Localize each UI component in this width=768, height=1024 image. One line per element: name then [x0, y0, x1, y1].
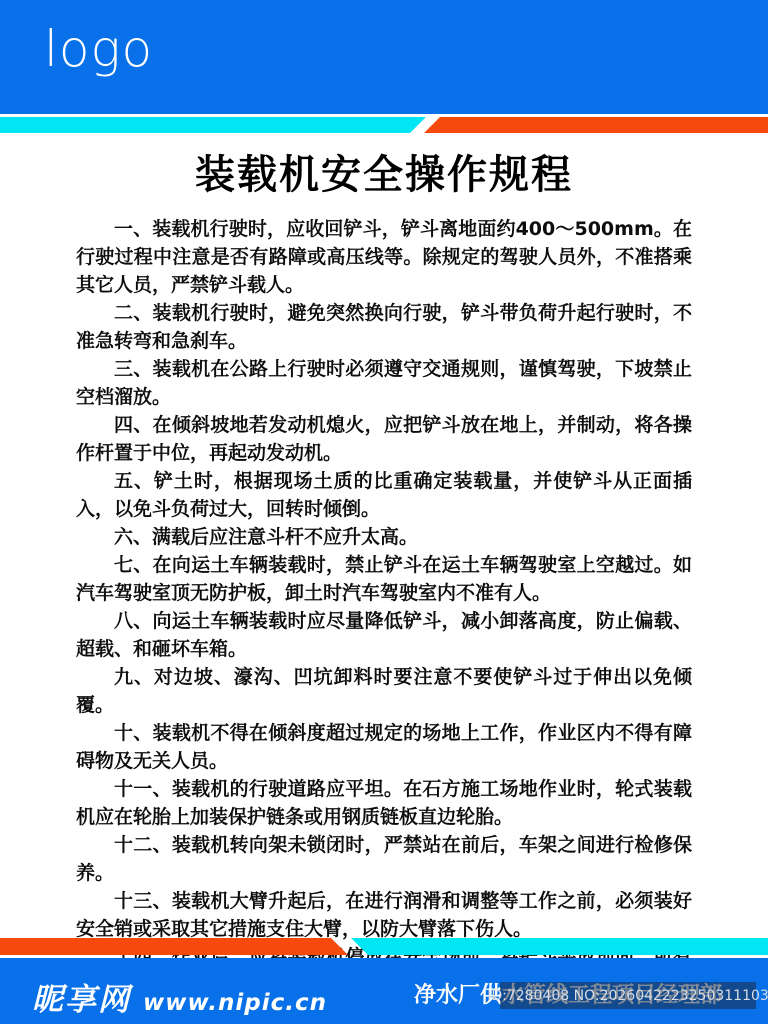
header-bar: logo — [0, 0, 768, 114]
watermark-id-text: ID:7280408 NO:2026042223250311103 — [487, 988, 768, 1004]
logo-text: logo — [44, 22, 153, 77]
procedure-paragraph: 一、装载机行驶时，应收回铲斗，铲斗离地面约400～500mm。在行驶过程中注意是… — [76, 215, 692, 299]
procedure-paragraph: 六、满载后应注意斗杆不应升太高。 — [76, 523, 692, 551]
footer-bar: 昵享网 www.nipic.cn 净水厂供水管线工程项目经理部 ID:72804… — [0, 958, 768, 1024]
procedure-paragraph: 十三、装载机大臂升起后，在进行润滑和调整等工作之前，必须装好安全销或采取其它措施… — [76, 887, 692, 943]
site-logo-group: 昵享网 www.nipic.cn — [32, 974, 327, 1019]
bottom-stripe-band — [0, 938, 768, 955]
procedure-paragraph: 三、装载机在公路上行驶时必须遵守交通规则，谨慎驾驶，下坡禁止空档溜放。 — [76, 355, 692, 411]
watermark-overlay: ID:7280408 NO:2026042223250311103 — [500, 982, 756, 1009]
procedure-paragraph: 十二、装载机转向架未锁闭时，严禁站在前后，车架之间进行检修保养。 — [76, 831, 692, 887]
top-stripe-band — [0, 117, 768, 133]
procedure-paragraph: 七、在向运土车辆装载时，禁止铲斗在运土车辆驾驶室上空越过。如汽车驾驶室顶无防护板… — [76, 551, 692, 607]
procedure-paragraph: 十、装载机不得在倾斜度超过规定的场地上工作，作业区内不得有障碍物及无关人员。 — [76, 719, 692, 775]
document-content: 装载机安全操作规程 一、装载机行驶时，应收回铲斗，铲斗离地面约400～500mm… — [0, 133, 768, 999]
site-url-text: www.nipic.cn — [143, 990, 327, 1016]
procedure-paragraph: 八、向运土车辆装载时应尽量降低铲斗，减小卸落高度，防止偏载、超载、和砸坏车箱。 — [76, 607, 692, 663]
site-name-logo: 昵享网 — [32, 974, 131, 1019]
procedure-paragraph: 十一、装载机的行驶道路应平坦。在石方施工场地作业时，轮式装载机应在轮胎上加装保护… — [76, 775, 692, 831]
procedure-paragraph: 四、在倾斜坡地若发动机熄火，应把铲斗放在地上，并制动，将各操作杆置于中位，再起动… — [76, 411, 692, 467]
procedure-paragraph: 九、对边坡、濠沟、凹坑卸料时要注意不要使铲斗过于伸出以免倾覆。 — [76, 663, 692, 719]
procedure-paragraph: 五、铲土时，根据现场土质的比重确定装载量，并使铲斗从正面插入，以免斗负荷过大，回… — [76, 467, 692, 523]
safety-procedure-poster: logo 装载机安全操作规程 一、装载机行驶时，应收回铲斗，铲斗离地面约400～… — [0, 0, 768, 1024]
procedure-list: 一、装载机行驶时，应收回铲斗，铲斗离地面约400～500mm。在行驶过程中注意是… — [76, 215, 692, 999]
procedure-paragraph: 二、装载机行驶时，避免突然换向行驶，铲斗带负荷升起行驶时，不准急转弯和急刹车。 — [76, 299, 692, 355]
page-title: 装载机安全操作规程 — [76, 151, 692, 199]
